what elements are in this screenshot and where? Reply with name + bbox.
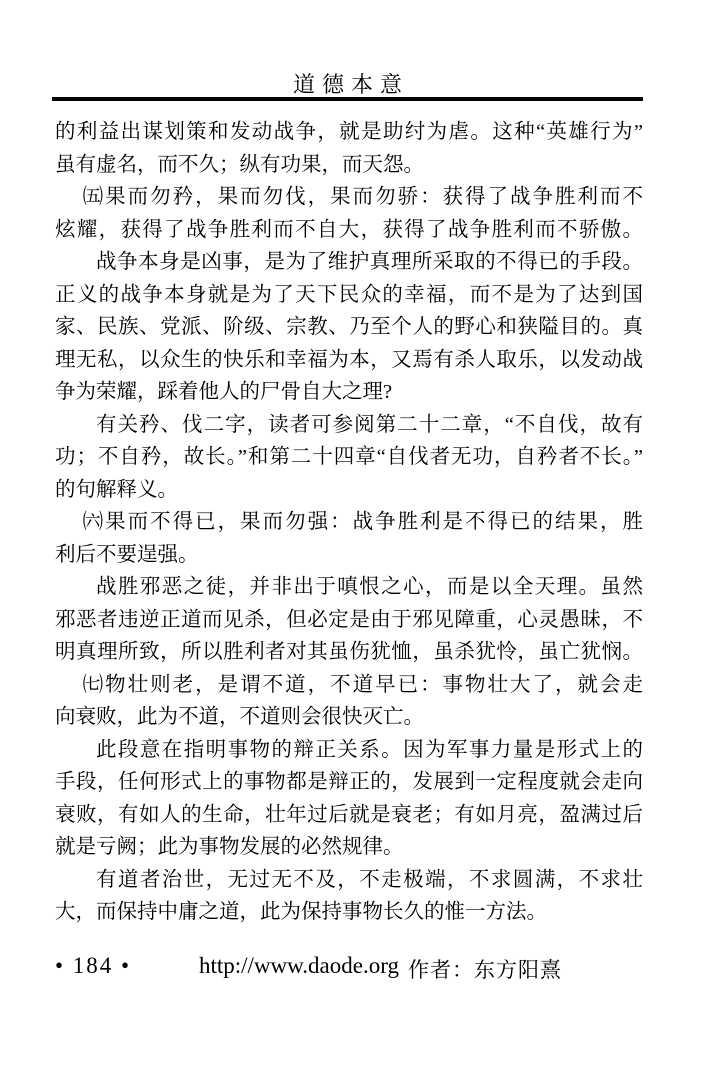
text-line: 大，而保持中庸之道，此为保持事物长久的惟一方法。 <box>55 896 643 929</box>
page-body: 的利益出谋划策和发动战争，就是助纣为虐。这种“英雄行为” 虽有虚名，而不久；纵有… <box>55 116 643 929</box>
page-number: • 184 • <box>55 953 131 979</box>
text-line: 衰败，有如人的生命，壮年过后就是衰老；有如月亮，盈满过后 <box>55 799 643 832</box>
page-title: 道德本意 <box>52 68 643 99</box>
page-footer: • 184 • http://www.daode.org 作者：东方阳熹 <box>0 951 709 985</box>
book-page: 道德本意 的利益出谋划策和发动战争，就是助纣为虐。这种“英雄行为” 虽有虚名，而… <box>0 0 709 1077</box>
text-line: 正义的战争本身就是为了天下民众的幸福，而不是为了达到国 <box>55 279 643 312</box>
text-line: ㈤果而勿矜，果而勿伐，果而勿骄：获得了战争胜利而不 <box>55 181 643 214</box>
text-line: 的利益出谋划策和发动战争，就是助纣为虐。这种“英雄行为” <box>55 116 643 149</box>
text-line: 邪恶者违逆正道而见杀，但必定是由于邪见障重，心灵愚昧，不 <box>55 604 643 637</box>
text-line: 此段意在指明事物的辩正关系。因为军事力量是形式上的 <box>55 734 643 767</box>
text-line: 有关矜、伐二字，读者可参阅第二十二章，“不自伐，故有 <box>55 409 643 442</box>
text-line: 的句解释义。 <box>55 474 643 507</box>
text-line: 家、民族、党派、阶级、宗教、乃至个人的野心和狭隘目的。真 <box>55 311 643 344</box>
text-line: 战胜邪恶之徒，并非出于嗔恨之心，而是以全天理。虽然 <box>55 571 643 604</box>
text-line: 向衰败，此为不道，不道则会很快灭亡。 <box>55 701 643 734</box>
text-line: 明真理所致，所以胜利者对其虽伤犹恤，虽杀犹怜，虽亡犹悯。 <box>55 636 643 669</box>
text-line: 利后不要逞强。 <box>55 539 643 572</box>
text-line: ㈦物壮则老，是谓不道，不道早已：事物壮大了，就会走 <box>55 669 643 702</box>
text-line: ㈥果而不得已，果而勿强：战争胜利是不得已的结果，胜 <box>55 506 643 539</box>
author: 作者：东方阳熹 <box>408 954 562 984</box>
site-url: http://www.daode.org <box>199 953 399 979</box>
text-line: 有道者治世，无过无不及，不走极端，不求圆满，不求壮 <box>55 864 643 897</box>
text-line: 战争本身是凶事，是为了维护真理所采取的不得已的手段。 <box>55 246 643 279</box>
text-line: 理无私，以众生的快乐和幸福为本，又焉有杀人取乐，以发动战 <box>55 344 643 377</box>
text-line: 炫耀，获得了战争胜利而不自大，获得了战争胜利而不骄傲。 <box>55 214 643 247</box>
text-line: 就是亏阙；此为事物发展的必然规律。 <box>55 831 643 864</box>
header-rule <box>52 97 643 101</box>
text-line: 争为荣耀，踩着他人的尸骨自大之理? <box>55 376 643 409</box>
text-line: 功；不自矜，故长。”和第二十四章“自伐者无功，自矜者不长。” <box>55 441 643 474</box>
text-line: 手段，任何形式上的事物都是辩正的，发展到一定程度就会走向 <box>55 766 643 799</box>
text-line: 虽有虚名，而不久；纵有功果，而天怨。 <box>55 149 643 182</box>
